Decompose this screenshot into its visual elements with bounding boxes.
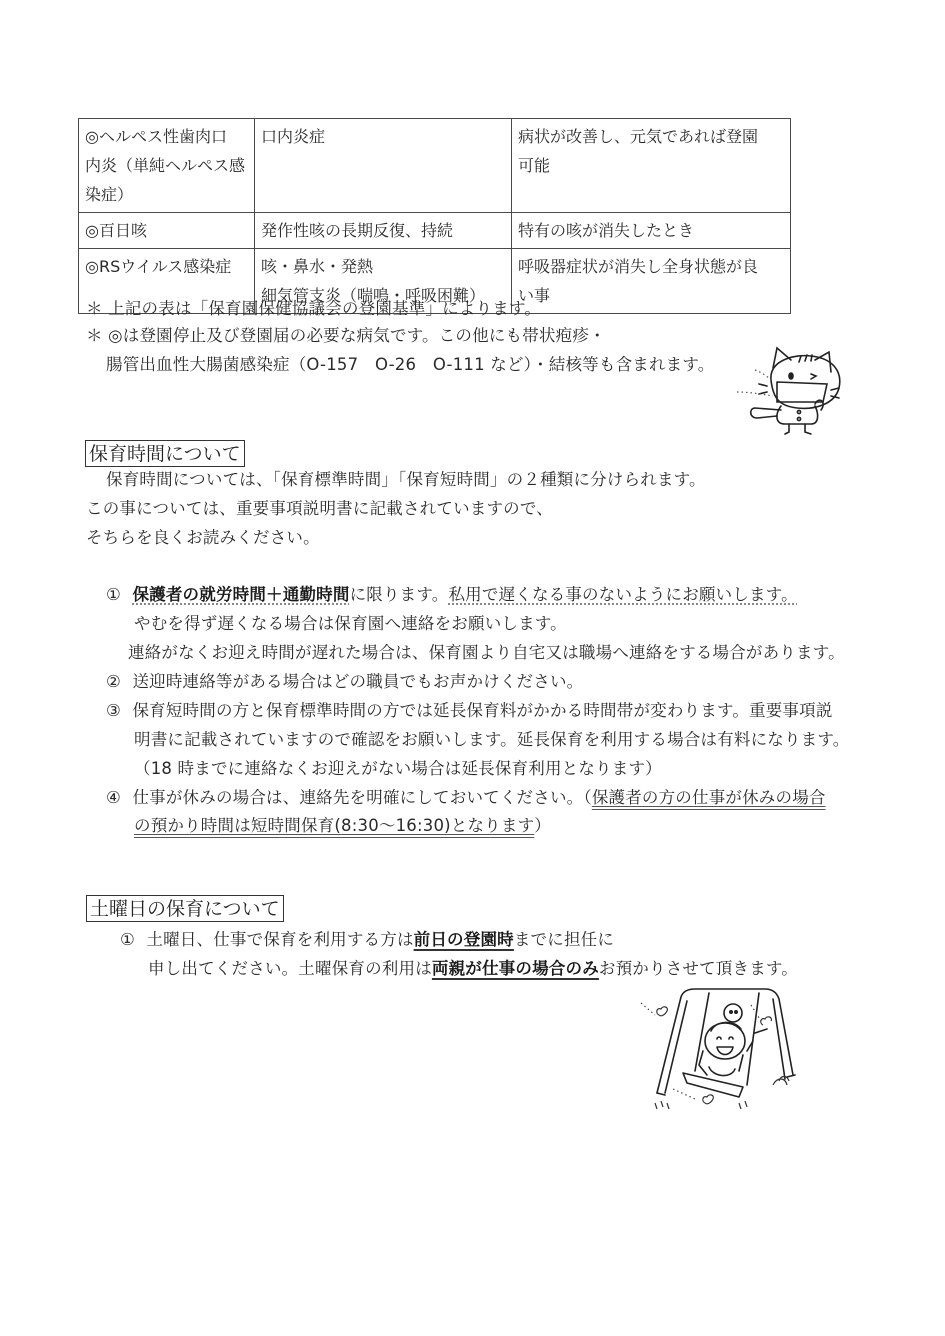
holiday-care-note-a: 保護者の方の仕事が休みの場合 [592,788,826,807]
cell-line: 発作性咳の長期反復、持続 [261,216,505,245]
item-text: 保育短時間の方と保育標準時間の方では延長保育料がかかる時間帯が変わります。重要事… [132,701,832,720]
table-cell-symptoms: 口内炎症 [255,119,512,213]
hours-item-3-line-2: 明書に記載されていますので確認をお願いします。延長保育を利用する場合は有料になり… [134,730,849,750]
item-text: ） [534,816,551,835]
hours-item-3-line-1: ③ 保育短時間の方と保育標準時間の方では延長保育料がかかる時間帯が変わります。重… [106,701,833,721]
private-delay-note: 私用で遅くなる事のないようにお願いします。 [448,585,797,604]
saturday-item-1-line-2: 申し出てください。土曜保育の利用は両親が仕事の場合のみお預かりさせて頂きます。 [148,959,798,979]
both-parents-emphasis: 両親が仕事の場合のみ [432,959,599,978]
section-heading-hours: 保育時間について [85,440,245,467]
hours-item-1-line-2: やむを得ず遅くなる場合は保育園へ連絡をお願いします。 [134,614,567,634]
cell-line: 病状が改善し、元気であれば登園 [518,122,784,151]
table-cell-disease: ◎百日咳 [79,213,255,249]
deadline-emphasis: 前日の登園時 [414,930,514,949]
item-text: 申し出てください。土曜保育の利用は [148,959,432,978]
cell-line: 咳・鼻水・発熱 [261,252,505,281]
cell-line: 呼吸器症状が消失し全身状態が良 [518,252,784,281]
cell-line: ◎百日咳 [85,216,248,245]
note-source: ＊ 上記の表は「保育園保健協議会の登園基準」によります。 [86,299,541,319]
hours-item-3-line-3: （18 時までに連絡なくお迎えがない場合は延長保育利用となります） [134,759,662,779]
hours-item-4-line-1: ④ 仕事が休みの場合は、連絡先を明確にしておいてください。（保護者の方の仕事が休… [106,788,826,808]
table-cell-disease: ◎ヘルペス性歯肉口 内炎（単純ヘルペス感 染症） [79,119,255,213]
table-row: ◎百日咳 発作性咳の長期反復、持続 特有の咳が消失したとき [79,213,791,249]
item-text: に限ります。 [350,585,449,604]
cell-line: 特有の咳が消失したとき [518,216,784,245]
child-swing-illustration-icon [635,985,815,1115]
cell-line: 口内炎症 [261,122,505,151]
cell-line: ◎ヘルペス性歯肉口 [85,122,248,151]
hours-item-4-line-2: の預かり時間は短時間保育(8:30～16:30)となります） [134,816,551,836]
cell-line: 染症） [85,180,248,209]
illness-criteria-table: ◎ヘルペス性歯肉口 内炎（単純ヘルペス感 染症） 口内炎症 病状が改善し、元気で… [78,118,791,314]
item-number: ③ [106,701,121,720]
table-cell-criteria: 特有の咳が消失したとき [512,213,791,249]
hours-intro-line-1: 保育時間については、「保育標準時間」「保育短時間」の２種類に分けられます。 [106,470,706,490]
table-cell-criteria: 呼吸器症状が消失し全身状態が良 い事 [512,249,791,314]
working-hours-emphasis: 保護者の就労時間＋通勤時間 [132,585,349,604]
cell-line: い事 [518,281,784,310]
cat-mask-illustration-icon [715,340,855,440]
hours-intro-line-3: そちらを良くお読みください。 [86,528,320,548]
item-number: ④ [106,788,121,807]
hours-intro-line-2: この事については、重要事項説明書に記載されていますので、 [86,499,553,519]
item-number: ① [106,585,121,604]
hours-item-1-line-1: ① 保護者の就労時間＋通勤時間に限ります。私用で遅くなる事のないようにお願いしま… [106,585,798,605]
item-text: お預かりさせて頂きます。 [599,959,798,978]
item-number: ① [120,930,135,949]
item-text: 土曜日、仕事で保育を利用する方は [146,930,413,949]
table-row: ◎ヘルペス性歯肉口 内炎（単純ヘルペス感 染症） 口内炎症 病状が改善し、元気で… [79,119,791,213]
hours-item-1-line-3: 連絡がなくお迎え時間が遅れた場合は、保育園より自宅又は職場へ連絡をする場合があり… [128,643,845,663]
cell-line: ◎RSウイルス感染症 [85,252,248,281]
item-text: までに担任に [514,930,614,949]
cell-line: 内炎（単純ヘルペス感 [85,151,248,180]
holiday-care-note-b: の預かり時間は短時間保育(8:30～16:30)となります [134,816,534,835]
table-cell-criteria: 病状が改善し、元気であれば登園 可能 [512,119,791,213]
section-heading-saturday: 土曜日の保育について [86,895,284,922]
item-text: 仕事が休みの場合は、連絡先を明確にしておいてください。（ [132,788,591,807]
table-cell-symptoms: 発作性咳の長期反復、持続 [255,213,512,249]
note-marker-meaning: ＊ ◎は登園停止及び登園届の必要な病気です。この他にも帯状疱疹・ [86,326,606,346]
item-number: ② [106,672,121,691]
note-other-diseases: 腸管出血性大腸菌感染症（O-157 O-26 O-111 など）・結核等も含まれ… [106,355,714,375]
cell-line: 可能 [518,151,784,180]
hours-item-2: ② 送迎時連絡等がある場合はどの職員でもお声かけください。 [106,672,583,692]
saturday-item-1-line-1: ① 土曜日、仕事で保育を利用する方は前日の登園時までに担任に [120,930,614,950]
item-text: 送迎時連絡等がある場合はどの職員でもお声かけください。 [132,672,583,691]
